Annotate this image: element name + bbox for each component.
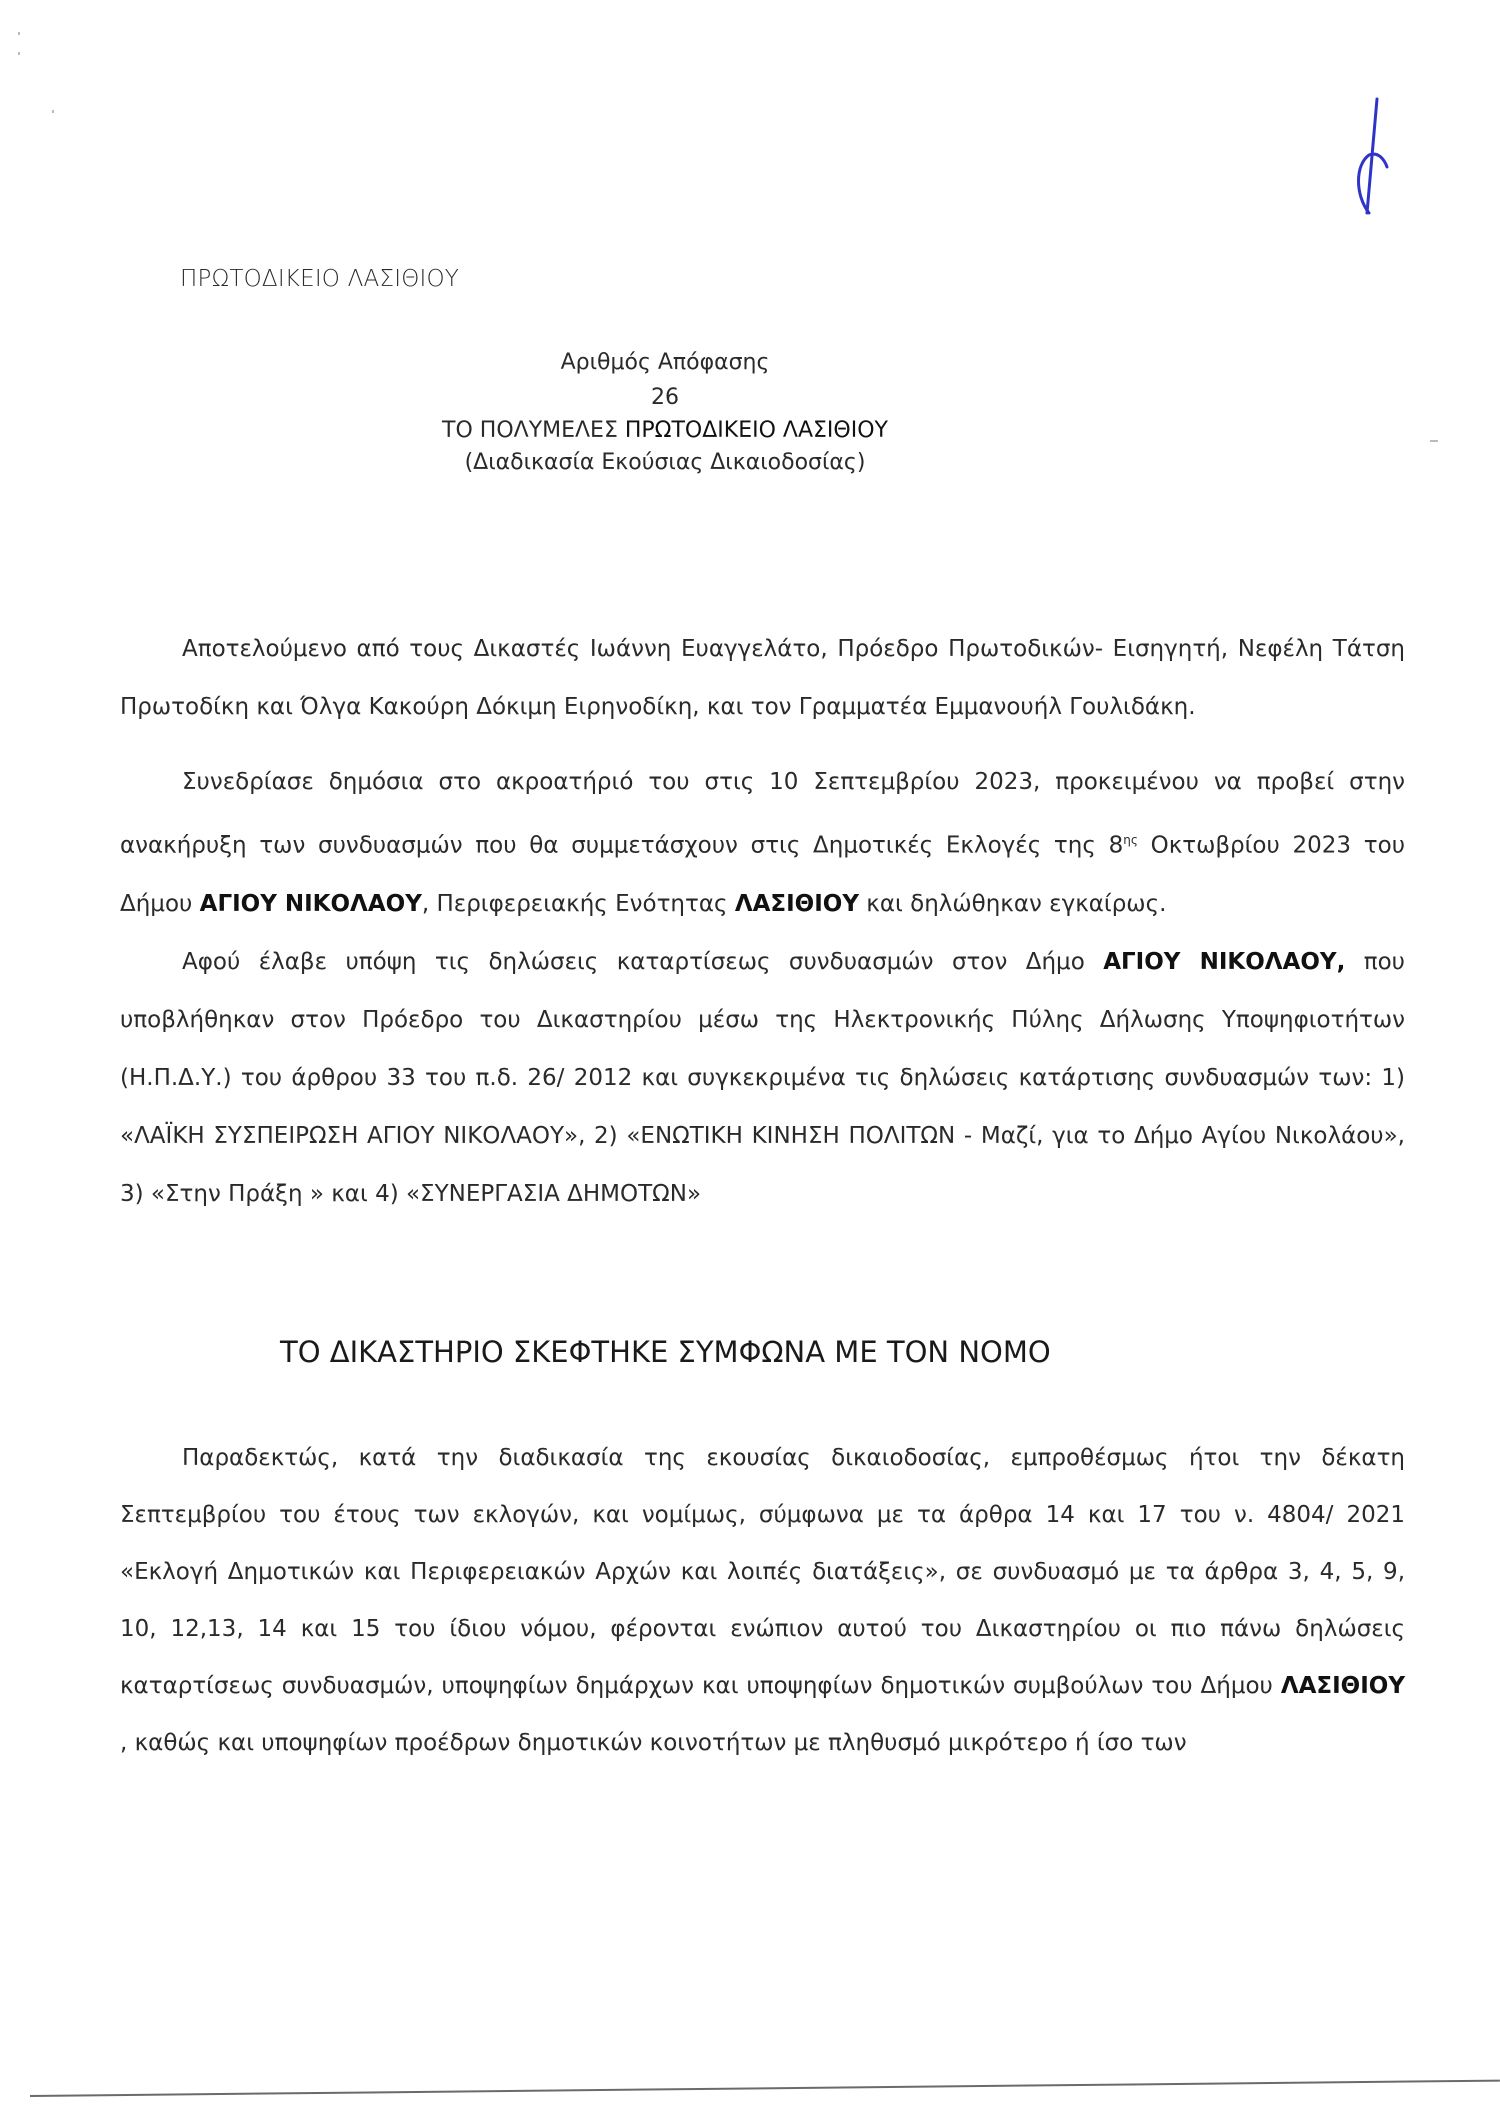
paragraph-declarations: Αφού έλαβε υπόψη τις δηλώσεις καταρτίσεω… xyxy=(120,933,1405,1223)
superscript: ης xyxy=(1123,833,1138,847)
paragraph-session: Συνεδρίασε δημόσια στο ακροατήριό του στ… xyxy=(120,753,1405,933)
region-name: ΛΑΣΙΘΙΟΥ xyxy=(1281,1673,1405,1699)
procedure-type: (Διαδικασία Εκούσιας Δικαιοδοσίας) xyxy=(0,450,1330,475)
court-full-prefix: ΤΟ ΠΟΛΥΜΕΛΕΣ xyxy=(442,418,625,443)
text-run: Αφού έλαβε υπόψη τις δηλώσεις καταρτίσεω… xyxy=(182,949,1103,975)
court-full-bold: ΠΡΩΤΟΔΙΚΕΙΟ ΛΑΣΙΘΙΟΥ xyxy=(625,418,888,443)
paragraph-legal-basis: Παραδεκτώς, κατά την διαδικασία της εκου… xyxy=(120,1430,1405,1772)
region-name: ΛΑΣΙΘΙΟΥ xyxy=(735,891,859,917)
text-run: , Περιφερειακής Ενότητας xyxy=(422,891,735,917)
section-title: ΤΟ ΔΙΚΑΣΤΗΡΙΟ ΣΚΕΦΤΗΚΕ ΣΥΜΦΩΝΑ ΜΕ ΤΟΝ ΝΟ… xyxy=(280,1335,1051,1369)
scan-speck xyxy=(18,52,20,55)
court-header: ΠΡΩΤΟΔΙΚΕΙΟ ΛΑΣΙΘΙΟΥ xyxy=(180,266,459,292)
scan-speck xyxy=(52,110,54,113)
municipality-name: ΑΓΙΟΥ ΝΙΚΟΛΑΟΥ xyxy=(200,891,422,917)
municipality-name: ΑΓΙΟΥ ΝΙΚΟΛΑΟΥ, xyxy=(1103,949,1345,975)
decision-number-label: Αριθμός Απόφασης xyxy=(0,350,1330,375)
text-run: και δηλώθηκαν εγκαίρως. xyxy=(859,891,1166,917)
text-run: Παραδεκτώς, κατά την διαδικασία της εκου… xyxy=(120,1445,1405,1699)
page-bottom-rule xyxy=(30,2080,1500,2097)
decision-number: 26 xyxy=(0,385,1330,410)
court-full-name: ΤΟ ΠΟΛΥΜΕΛΕΣ ΠΡΩΤΟΔΙΚΕΙΟ ΛΑΣΙΘΙΟΥ xyxy=(0,418,1330,443)
text-run: που υποβλήθηκαν στον Πρόεδρο του Δικαστη… xyxy=(120,949,1405,1207)
scan-speck xyxy=(18,32,20,35)
scan-speck xyxy=(1430,440,1438,442)
signature-mark-icon xyxy=(1345,95,1405,225)
paragraph-composition: Αποτελούμενο από τους Δικαστές Ιωάννη Ευ… xyxy=(120,620,1405,736)
text-run: , καθώς και υποψηφίων προέδρων δημοτικών… xyxy=(120,1730,1187,1756)
